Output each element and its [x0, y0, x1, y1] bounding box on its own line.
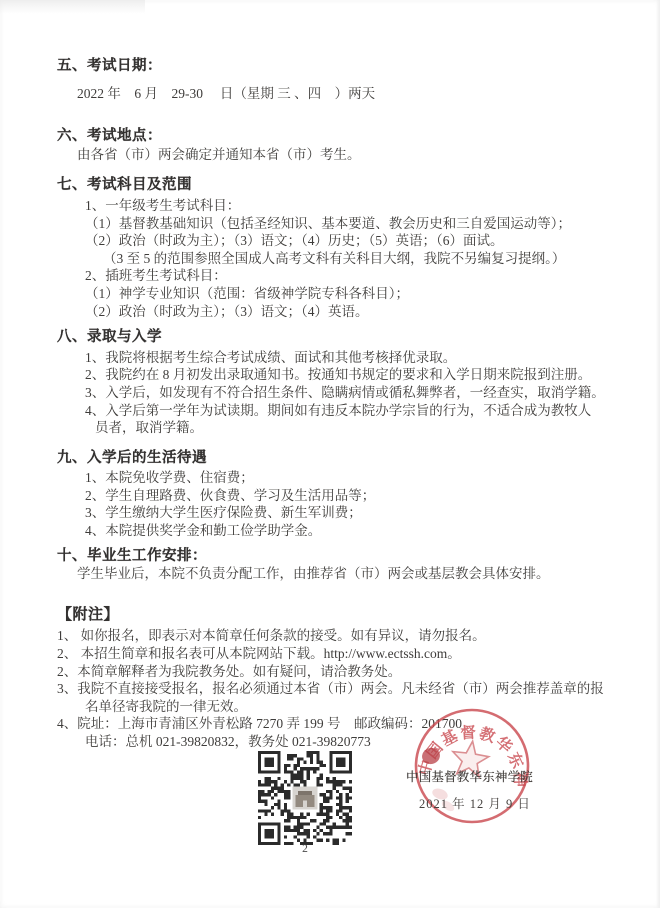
scan-artifact	[0, 0, 145, 14]
text-line-with-url: 2、 本招生简章和报名表可从本院网站下载。http://www.ectssh.c…	[57, 645, 619, 663]
text-line: 学生毕业后，本院不负责分配工作，由推荐省（市）两会或基层教会具体安排。	[57, 565, 619, 583]
section-living-conditions: 九、入学后的生活待遇 1、本院免收学费、住宿费； 2、学生自理路费、伙食费、学习…	[57, 450, 619, 540]
section-admission: 八、录取与入学 1、我院将根据考生综合考试成绩、面试和其他考核择优录取。 2、我…	[57, 329, 619, 437]
text-line: 3、学生缴纳大学生医疗保险费、新生军训费；	[57, 504, 619, 522]
text-line: 2、学生自理路费、伙食费、学习及生活用品等；	[57, 487, 619, 505]
text-line: 1、本院免收学费、住宿费；	[57, 469, 619, 487]
seal-date: 2021 年 12 月 9 日	[419, 794, 529, 812]
section-exam-subjects: 七、考试科目及范围 1、一年级考生考试科目： （1）基督教基础知识（包括圣经知识…	[57, 177, 619, 320]
text-line: 4、本院提供奖学金和勤工俭学助学金。	[57, 522, 619, 540]
text-line: 2、本简章解释者为我院教务处。如有疑问，请洽教务处。	[57, 663, 619, 681]
section-heading: 十、毕业生工作安排：	[57, 548, 619, 566]
section-exam-dates: 五、考试日期： 2022 年 6 月 29-30 日（星期 三 、四 ）两天	[57, 58, 619, 102]
section-heading: 八、录取与入学	[57, 329, 619, 347]
page-number: 2	[258, 843, 352, 855]
section-heading: 六、考试地点：	[57, 128, 619, 146]
text-line: 由各省（市）两会确定并通知本省（市）考生。	[57, 146, 619, 164]
text-line: （1）基督教基础知识（包括圣经知识、基本要道、教会历史和三自爱国运动等）；	[57, 215, 619, 233]
section-graduate-work: 十、毕业生工作安排： 学生毕业后，本院不负责分配工作，由推荐省（市）两会或基层教…	[57, 548, 619, 583]
text-line: 1、 如你报名，即表示对本简章任何条款的接受。如有异议，请勿报名。	[57, 627, 619, 645]
text-line: 2、我院约在 8 月初发出录取通知书。按通知书规定的要求和入学日期来院报到注册。	[57, 366, 619, 384]
qr-center-building-photo	[292, 787, 317, 810]
text-line: （2）政治（时政为主）；（3）语文；（4）历史；（5）英语；（6）面试。	[57, 232, 619, 250]
section-heading: 【附注】	[57, 607, 619, 625]
section-heading: 五、考试日期：	[57, 58, 619, 76]
document-body: 五、考试日期： 2022 年 6 月 29-30 日（星期 三 、四 ）两天 六…	[57, 58, 619, 751]
document-page: 五、考试日期： 2022 年 6 月 29-30 日（星期 三 、四 ）两天 六…	[0, 0, 660, 908]
seal-organization-name: 中国基督教华东神学院	[406, 767, 538, 785]
text-line: （3 至 5 的范围参照全国成人高考文科有关科目大纲，我院不另编复习提纲。）	[57, 250, 619, 268]
text-line: 3、入学后，如发现有不符合招生条件、隐瞒病情或循私舞弊者，一经查实，取消学籍。	[57, 384, 619, 402]
section-exam-location: 六、考试地点： 由各省（市）两会确定并通知本省（市）考生。	[57, 128, 619, 163]
qr-code	[258, 751, 352, 845]
text-line: （2）政治（时政为主）；（3）语文；（4）英语。	[57, 303, 619, 321]
section-heading: 七、考试科目及范围	[57, 177, 619, 195]
text-line: 4、入学后第一学年为试读期。期间如有违反本院办学宗旨的行为，不适合成为教牧人	[57, 402, 619, 420]
scan-artifact	[656, 0, 660, 908]
text-line: 3、我院不直接接受报名，报名必须通过本省（市）两会。凡未经省（市）两会推荐盖章的…	[57, 680, 619, 698]
text-line: 2022 年 6 月 29-30 日（星期 三 、四 ）两天	[57, 85, 619, 103]
text-line: 员者，取消学籍。	[57, 419, 619, 437]
section-heading: 九、入学后的生活待遇	[57, 450, 619, 468]
text-line: 1、我院将根据考生综合考试成绩、面试和其他考核择优录取。	[57, 349, 619, 367]
text-line: 1、一年级考生考试科目：	[57, 197, 619, 215]
text-line: 2、插班考生考试科目：	[57, 267, 619, 285]
text-line: （1）神学专业知识（范围：省级神学院专科各科目）；	[57, 285, 619, 303]
